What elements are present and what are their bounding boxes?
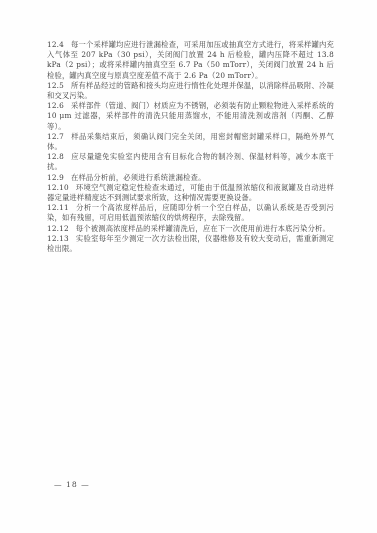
clause-12-10: 12.10环境空气测定稳定性检查未通过，可能由于低温预浓缩仪和液氮罐及自动进样器… — [47, 183, 334, 203]
clause-number: 12.9 — [47, 173, 64, 182]
clause-text: 每个被测高浓度样品的采样罐清洗后，应在下一次使用前进行本底污染分析。 — [76, 224, 330, 233]
clause-12-5: 12.5所有样品经过的管路和接头均应进行惰性化处理并保温，以消除样品吸附、冷凝和… — [47, 81, 334, 101]
clause-12-8: 12.8应尽量避免实验室内使用含有目标化合物的制冷剂、保温材料等，减少本底干扰。 — [47, 152, 334, 172]
clause-12-13: 12.13实验室每年至少测定一次方法检出限，仪器维修及有较大变动后，需重新测定检… — [47, 234, 334, 254]
clause-text: 采样部件（管道、阀门）材质应为不锈钢，必须装有防止颗粒物进入采样系统的 10 μ… — [47, 101, 334, 130]
clause-12-6: 12.6采样部件（管道、阀门）材质应为不锈钢，必须装有防止颗粒物进入采样系统的 … — [47, 101, 334, 132]
clause-number: 12.5 — [47, 81, 64, 90]
clause-number: 12.8 — [47, 152, 64, 161]
clause-text: 分析一个高浓度样品后，应随即分析一个空白样品，以确认系统是否受到污染，如有残留，… — [47, 203, 334, 222]
clause-number: 12.10 — [47, 183, 69, 192]
clause-number: 12.4 — [47, 40, 64, 49]
clause-text: 实验室每年至少测定一次方法检出限，仪器维修及有较大变动后，需重新测定检出限。 — [47, 234, 334, 253]
clause-12-11: 12.11分析一个高浓度样品后，应随即分析一个空白样品，以确认系统是否受到污染，… — [47, 203, 334, 223]
document-page: 12.4每一个采样罐均应进行泄漏检查，可采用加压或抽真空方式进行，将采样罐内充入… — [0, 0, 377, 533]
clause-12-9: 12.9在样品分析前，必须进行系统泄漏检查。 — [47, 173, 334, 183]
clause-number: 12.13 — [47, 234, 69, 243]
clause-number: 12.11 — [47, 203, 69, 212]
clause-12-4: 12.4每一个采样罐均应进行泄漏检查，可采用加压或抽真空方式进行，将采样罐内充入… — [47, 40, 334, 81]
clause-number: 12.6 — [47, 101, 64, 110]
clause-text: 在样品分析前，必须进行系统泄漏检查。 — [71, 173, 206, 182]
clause-text: 所有样品经过的管路和接头均应进行惰性化处理并保温，以消除样品吸附、冷凝和交叉污染… — [47, 81, 334, 100]
clause-text: 应尽量避免实验室内使用含有目标化合物的制冷剂、保温材料等，减少本底干扰。 — [47, 152, 334, 171]
clause-12-7: 12.7样品采集结束后，须确认阀门完全关闭，用密封帽密封罐采样口，隔绝外界气体。 — [47, 132, 334, 152]
document-body: 12.4每一个采样罐均应进行泄漏检查，可采用加压或抽真空方式进行，将采样罐内充入… — [47, 40, 334, 254]
clause-text: 环境空气测定稳定性检查未通过，可能由于低温预浓缩仪和液氮罐及自动进样器定量进样精… — [47, 183, 334, 202]
clause-number: 12.12 — [47, 224, 69, 233]
clause-number: 12.7 — [47, 132, 64, 141]
clause-12-12: 12.12每个被测高浓度样品的采样罐清洗后，应在下一次使用前进行本底污染分析。 — [47, 224, 334, 234]
footer-page-number: — 18 — — [54, 480, 90, 489]
clause-text: 每一个采样罐均应进行泄漏检查，可采用加压或抽真空方式进行，将采样罐内充入气体至 … — [47, 40, 334, 80]
clause-text: 样品采集结束后，须确认阀门完全关闭，用密封帽密封罐采样口，隔绝外界气体。 — [47, 132, 334, 151]
